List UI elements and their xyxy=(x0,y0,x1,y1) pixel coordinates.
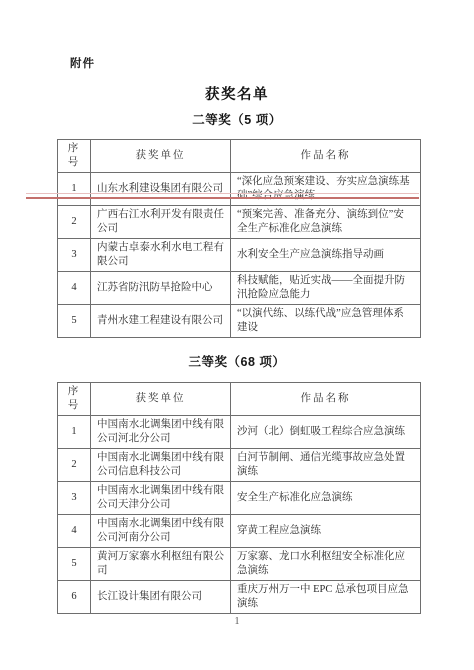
page-number: 1 xyxy=(0,616,474,627)
second-prize-table: 序号 获奖单位 作品名称 1 山东水利建设集团有限公司 “深化应急预案建设、夯实… xyxy=(57,139,421,338)
cell-unit: 中国南水北调集团中线有限公司信息科技公司 xyxy=(91,449,231,482)
document-page: 附件 获奖名单 二等奖（5 项） 序号 获奖单位 作品名称 1 山东水利建设集团… xyxy=(0,0,474,670)
table-row: 2 中国南水北调集团中线有限公司信息科技公司 白河节制闸、通信光缆事故应急处置演… xyxy=(58,449,421,482)
cell-rank: 2 xyxy=(58,206,91,239)
cell-rank: 3 xyxy=(58,482,91,515)
table-row: 2 广西右江水利开发有限责任公司 “预案完善、准备充分、演练到位”安全生产标准化… xyxy=(58,206,421,239)
table-row: 3 内蒙古卓泰水利水电工程有限公司 水利安全生产应急演练指导动画 xyxy=(58,239,421,272)
cell-unit: 江苏省防汛防旱抢险中心 xyxy=(91,272,231,305)
section-heading-second-prize: 二等奖（5 项） xyxy=(0,110,474,128)
cell-rank: 4 xyxy=(58,272,91,305)
red-annotation-line xyxy=(26,197,419,199)
cell-rank: 1 xyxy=(58,173,91,206)
table-row: 1 山东水利建设集团有限公司 “深化应急预案建设、夯实应急演练基础”综合应急演练 xyxy=(58,173,421,206)
cell-work: 安全生产标准化应急演练 xyxy=(231,482,421,515)
cell-unit: 中国南水北调集团中线有限公司天津分公司 xyxy=(91,482,231,515)
cell-work: “深化应急预案建设、夯实应急演练基础”综合应急演练 xyxy=(231,173,421,206)
table-row: 4 江苏省防汛防旱抢险中心 科技赋能，贴近实战——全面提升防汛抢险应急能力 xyxy=(58,272,421,305)
cell-work: 穿黄工程应急演练 xyxy=(231,515,421,548)
third-prize-table: 序号 获奖单位 作品名称 1 中国南水北调集团中线有限公司河北分公司 沙河（北）… xyxy=(57,382,421,614)
column-header-rank: 序号 xyxy=(58,140,91,173)
table-header-row: 序号 获奖单位 作品名称 xyxy=(58,140,421,173)
cell-work: 水利安全生产应急演练指导动画 xyxy=(231,239,421,272)
table-row: 5 黄河万家寨水利枢纽有限公司 万家寨、龙口水利枢纽安全标准化应急演练 xyxy=(58,548,421,581)
cell-unit: 中国南水北调集团中线有限公司河南分公司 xyxy=(91,515,231,548)
cell-rank: 5 xyxy=(58,548,91,581)
section-heading-third-prize: 三等奖（68 项） xyxy=(0,352,474,370)
cell-unit: 内蒙古卓泰水利水电工程有限公司 xyxy=(91,239,231,272)
cell-rank: 5 xyxy=(58,305,91,338)
cell-unit: 黄河万家寨水利枢纽有限公司 xyxy=(91,548,231,581)
cell-work: “以演代练、以练代战”应急管理体系建设 xyxy=(231,305,421,338)
table-header-row: 序号 获奖单位 作品名称 xyxy=(58,383,421,416)
table-row: 4 中国南水北调集团中线有限公司河南分公司 穿黄工程应急演练 xyxy=(58,515,421,548)
cell-work: 白河节制闸、通信光缆事故应急处置演练 xyxy=(231,449,421,482)
cell-unit: 广西右江水利开发有限责任公司 xyxy=(91,206,231,239)
cell-work: “预案完善、准备充分、演练到位”安全生产标准化应急演练 xyxy=(231,206,421,239)
table-row: 3 中国南水北调集团中线有限公司天津分公司 安全生产标准化应急演练 xyxy=(58,482,421,515)
cell-unit: 中国南水北调集团中线有限公司河北分公司 xyxy=(91,416,231,449)
cell-work: 科技赋能，贴近实战——全面提升防汛抢险应急能力 xyxy=(231,272,421,305)
cell-rank: 1 xyxy=(58,416,91,449)
cell-rank: 4 xyxy=(58,515,91,548)
cell-work: 万家寨、龙口水利枢纽安全标准化应急演练 xyxy=(231,548,421,581)
table-row: 1 中国南水北调集团中线有限公司河北分公司 沙河（北）倒虹吸工程综合应急演练 xyxy=(58,416,421,449)
cell-rank: 3 xyxy=(58,239,91,272)
cell-unit: 山东水利建设集团有限公司 xyxy=(91,173,231,206)
cell-unit: 长江设计集团有限公司 xyxy=(91,581,231,614)
column-header-rank: 序号 xyxy=(58,383,91,416)
cell-work: 重庆万州万一中 EPC 总承包项目应急演练 xyxy=(231,581,421,614)
cell-rank: 2 xyxy=(58,449,91,482)
cell-unit: 青州水建工程建设有限公司 xyxy=(91,305,231,338)
cell-rank: 6 xyxy=(58,581,91,614)
cell-work: 沙河（北）倒虹吸工程综合应急演练 xyxy=(231,416,421,449)
red-annotation-line-light xyxy=(26,193,419,194)
column-header-work: 作品名称 xyxy=(231,383,421,416)
attachment-label: 附件 xyxy=(70,55,95,71)
table-row: 5 青州水建工程建设有限公司 “以演代练、以练代战”应急管理体系建设 xyxy=(58,305,421,338)
column-header-unit: 获奖单位 xyxy=(91,140,231,173)
table-row: 6 长江设计集团有限公司 重庆万州万一中 EPC 总承包项目应急演练 xyxy=(58,581,421,614)
column-header-work: 作品名称 xyxy=(231,140,421,173)
page-title: 获奖名单 xyxy=(0,83,474,104)
column-header-unit: 获奖单位 xyxy=(91,383,231,416)
